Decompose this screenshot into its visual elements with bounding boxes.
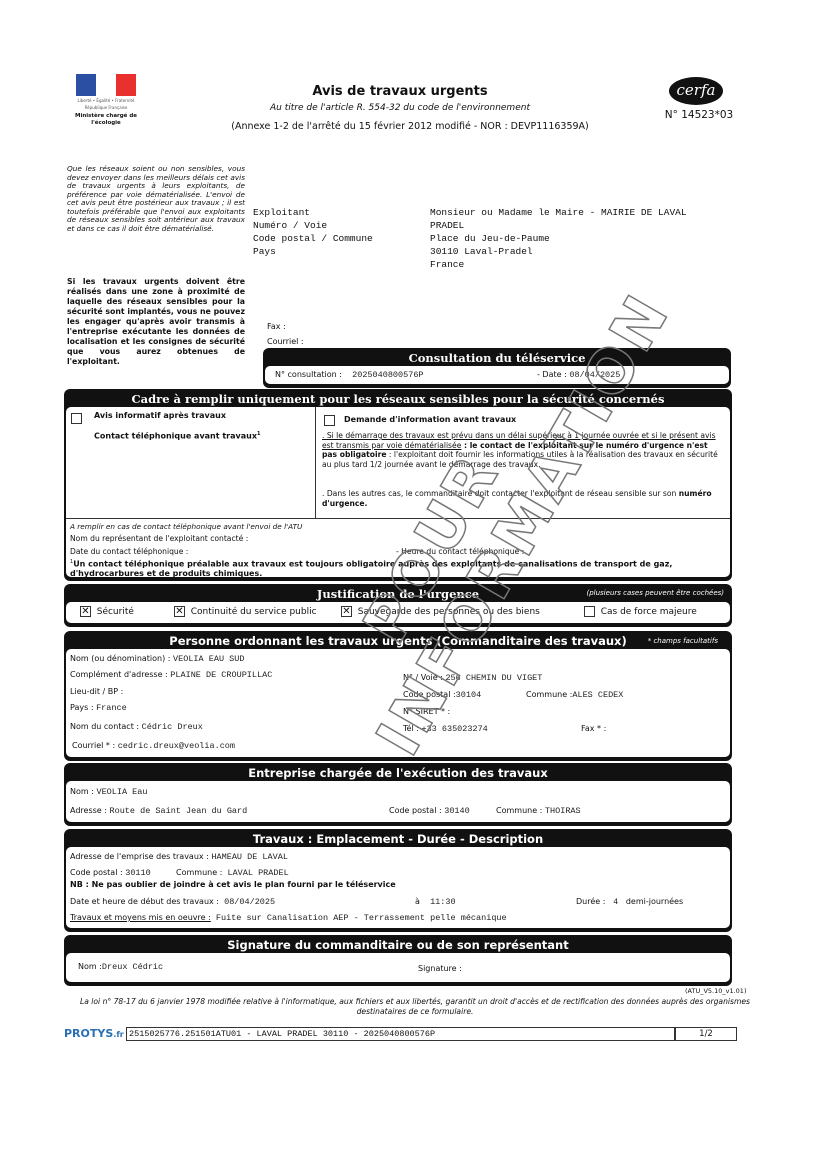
entreprise-cp-field: Code postal : 30140 [389, 806, 470, 816]
commanditaire-voie-field: N° / Voie : 256 CHEMIN DU VIGET [403, 673, 542, 683]
sauvegarde-checkbox[interactable]: ✕ [341, 606, 352, 617]
travaux-section: Travaux : Emplacement - Durée - Descript… [64, 829, 732, 932]
warning-note: Si les travaux urgents doivent être réal… [67, 277, 245, 367]
signature-nom-value: Dreux Cédric [102, 962, 163, 972]
pays-label: Pays : [70, 703, 94, 712]
signature-title: Signature du commanditaire ou de son rep… [66, 937, 730, 953]
sensitive-left-cell: Avis informatif après travaux Contact té… [66, 407, 316, 519]
entreprise-adresse-field: Adresse : Route de Saint Jean du Gard [70, 806, 247, 816]
commanditaire-hint: * champs facultatifs [648, 637, 718, 645]
travaux-duree-field: Durée : 4 demi-journées [576, 897, 683, 907]
pays-value: France [96, 703, 127, 713]
travaux-commune-value: LAVAL PRADEL [227, 868, 288, 878]
continuite-label: Continuité du service public [191, 607, 317, 617]
travaux-date-value: 08/04/2025 [224, 897, 275, 907]
entreprise-nom-label: Nom : [70, 787, 94, 796]
consultation-label: N° consultation : [275, 370, 342, 379]
sensitive-right-cell: Demande d'information avant travaux . Si… [316, 407, 730, 519]
operator-line2: PRADEL [430, 219, 464, 232]
cp-value: 30104 [456, 690, 482, 700]
commanditaire-complement-field: Complément d'adresse : PLAINE DE CROUPIL… [70, 670, 272, 680]
travaux-adresse-value: HAMEAU DE LAVAL [211, 852, 288, 862]
commanditaire-courriel-field: Courriel * : cedric.dreux@veolia.com [72, 741, 235, 751]
justification-section: Justification de l'urgence (plusieurs ca… [64, 584, 732, 627]
gov-motto: Liberté • Égalité • Fraternité [74, 98, 138, 103]
lieudit-label: Lieu-dit / BP : [70, 687, 123, 696]
operator-name: Monsieur ou Madame le Maire - MAIRIE DE … [430, 206, 687, 219]
voie-label: N° / Voie : [403, 673, 443, 682]
commanditaire-title: Personne ordonnant les travaux urgents (… [66, 633, 730, 649]
travaux-moyens-label: Travaux et moyens mis en oeuvre : [70, 913, 211, 922]
travaux-heure-value: 11:30 [430, 897, 456, 907]
teleservice-title: Consultation du téléservice [265, 350, 729, 366]
securite-checkbox[interactable]: ✕ [80, 606, 91, 617]
protys-fr: .fr [113, 1030, 123, 1039]
ministry-name: Ministère chargé de l'écologie [74, 113, 138, 127]
commanditaire-fax-field: Fax * : [581, 724, 606, 733]
signature-section: Signature du commanditaire ou de son rep… [64, 935, 732, 986]
travaux-date-label: Date et heure de début des travaux : [70, 897, 219, 906]
operator-city: 30110 Laval-Pradel [430, 245, 533, 258]
commanditaire-contact-field: Nom du contact : Cédric Dreux [70, 722, 203, 732]
entreprise-nom-value: VEOLIA Eau [96, 787, 147, 797]
fax-label: Fax * : [581, 724, 606, 733]
justification-option-securite[interactable]: ✕ Sécurité [80, 606, 134, 617]
operator-label-pays: Pays [253, 245, 276, 258]
nom-value: VEOLIA EAU SUD [173, 654, 244, 664]
travaux-heure-field: à 11:30 [415, 897, 456, 907]
justification-option-continuite[interactable]: ✕ Continuité du service public [174, 606, 317, 617]
demande-paragraph-1: . Si le démarrage des travaux est prévu … [322, 431, 722, 469]
entreprise-title: Entreprise chargée de l'exécution des tr… [66, 765, 730, 781]
travaux-cp-value: 30110 [125, 868, 151, 878]
courriel-label: Courriel * : [72, 741, 115, 750]
travaux-commune-field: Commune : LAVAL PRADEL [176, 868, 289, 878]
commune-label: Commune : [526, 690, 572, 699]
securite-label: Sécurité [97, 607, 134, 617]
entreprise-commune-field: Commune : THOIRAS [496, 806, 581, 816]
travaux-a-label: à [415, 897, 420, 906]
travaux-duree-label: Durée : [576, 897, 605, 906]
cerfa-number: N° 14523*03 [654, 109, 744, 121]
entreprise-adresse-label: Adresse : [70, 806, 107, 815]
tel-value: +33 635023274 [421, 724, 487, 734]
commanditaire-commune-field: Commune :ALES CEDEX [526, 690, 623, 700]
signature-field[interactable]: Signature : [418, 964, 462, 973]
travaux-duree-value: 4 [613, 897, 618, 907]
footnote-text: 1Un contact téléphonique préalable aux t… [70, 558, 722, 579]
commanditaire-lieudit-field: Lieu-dit / BP : [70, 687, 123, 696]
consultation-field: N° consultation : 2025040800576P [275, 370, 424, 380]
entreprise-cp-label: Code postal : [389, 806, 442, 815]
footnote-mark: 1 [257, 431, 260, 437]
operator-email-label: Courriel : [267, 337, 304, 346]
travaux-moyens-value: Fuite sur Canalisation AEP - Terrassemen… [216, 913, 507, 923]
force-majeure-checkbox[interactable] [584, 606, 595, 617]
representative-label: Nom du représentant de l'exploitant cont… [70, 534, 248, 543]
travaux-adresse-field: Adresse de l'emprise des travaux : HAMEA… [70, 852, 288, 862]
signature-nom-field: Nom :Dreux Cédric [78, 962, 163, 972]
commanditaire-cp-field: Code postal :30104 [403, 690, 481, 700]
demande-information-label: Demande d'information avant travaux [344, 415, 516, 424]
cerfa-logo: cerfa [669, 77, 723, 105]
privacy-law-notice: La loi n° 78-17 du 6 janvier 1978 modifi… [70, 997, 760, 1017]
commanditaire-section: Personne ordonnant les travaux urgents (… [64, 631, 732, 761]
contact-value: Cédric Dreux [142, 722, 203, 732]
contact-time-label: - Heure du contact téléphonique : [396, 547, 524, 556]
gov-republic: République Française [74, 105, 138, 110]
consultation-date-field: - Date : 08/04/2025 [537, 370, 620, 380]
force-majeure-label: Cas de force majeure [601, 607, 697, 617]
entreprise-adresse-value: Route de Saint Jean du Gard [110, 806, 248, 816]
sensitive-networks-section: Cadre à remplir uniquement pour les rése… [64, 389, 732, 581]
commanditaire-tel-field: Tél : +33 635023274 [403, 724, 488, 734]
travaux-title: Travaux : Emplacement - Durée - Descript… [66, 831, 730, 847]
justification-option-force-majeure[interactable]: Cas de force majeure [584, 606, 697, 617]
travaux-date-field: Date et heure de début des travaux : 08/… [70, 897, 275, 907]
contact-date-label: Date du contact téléphonique : [70, 547, 188, 556]
complement-value: PLAINE DE CROUPILLAC [170, 670, 272, 680]
commanditaire-pays-field: Pays : France [70, 703, 127, 713]
complement-label: Complément d'adresse : [70, 670, 168, 679]
info-note: Que les réseaux soient ou non sensibles,… [67, 165, 245, 233]
travaux-nb-note: NB : Ne pas oublier de joindre à cet avi… [70, 880, 396, 889]
operator-label-exploitant: Exploitant [253, 206, 310, 219]
travaux-duree-unit: demi-journées [626, 897, 683, 906]
courriel-value: cedric.dreux@veolia.com [118, 741, 235, 751]
justification-option-sauvegarde[interactable]: ✕ Sauvegarde des personnes ou des biens [341, 606, 540, 617]
protys-logo: PROTYS.fr [64, 1027, 124, 1040]
operator-fax-label: Fax : [267, 322, 286, 331]
avis-informatif-checkbox[interactable] [71, 413, 82, 424]
sauvegarde-label: Sauvegarde des personnes ou des biens [358, 607, 540, 617]
operator-country: France [430, 258, 464, 271]
consultation-date-value: 08/04/2025 [569, 370, 620, 380]
page-number: 1/2 [675, 1027, 737, 1041]
annex-reference: (Annexe 1-2 de l'arrêté du 15 février 20… [190, 121, 630, 132]
entreprise-commune-value: THOIRAS [545, 806, 581, 816]
page-title: Avis de travaux urgents [200, 84, 600, 99]
justification-hint: (plusieurs cases peuvent être cochées) [586, 589, 724, 597]
consultation-value: 2025040800576P [352, 370, 423, 380]
fill-note: A remplir en cas de contact téléphonique… [70, 522, 302, 531]
sensitive-networks-title: Cadre à remplir uniquement pour les rése… [66, 391, 730, 407]
tel-label: Tél : [403, 724, 419, 733]
demande-paragraph-2: . Dans les autres cas, le commanditaire … [322, 489, 722, 508]
protys-text: PROTYS [64, 1027, 113, 1040]
voie-value: 256 CHEMIN DU VIGET [445, 673, 542, 683]
entreprise-cp-value: 30140 [444, 806, 470, 816]
nom-label: Nom (ou dénomination) : [70, 654, 170, 663]
document-reference: 2515025776.251501ATU01 - LAVAL PRADEL 30… [126, 1027, 675, 1041]
avis-informatif-label: Avis informatif après travaux [94, 411, 226, 420]
page-subtitle: Au titre de l'article R. 554-32 du code … [200, 103, 600, 113]
teleservice-section: Consultation du téléservice N° consultat… [263, 348, 731, 388]
entreprise-section: Entreprise chargée de l'exécution des tr… [64, 763, 732, 826]
operator-label-voie: Numéro / Voie [253, 219, 327, 232]
siret-label: N° SIRET * : [403, 707, 450, 716]
travaux-cp-label: Code postal : [70, 868, 123, 877]
para2-text: . Dans les autres cas, le commanditaire … [322, 489, 679, 498]
signature-label: Signature : [418, 964, 462, 973]
french-flag-icon [76, 74, 136, 96]
entreprise-commune-label: Commune : [496, 806, 542, 815]
commanditaire-nom-field: Nom (ou dénomination) : VEOLIA EAU SUD [70, 654, 244, 664]
contact-label: Nom du contact : [70, 722, 139, 731]
operator-label-cp: Code postal / Commune [253, 232, 373, 245]
entreprise-nom-field: Nom : VEOLIA Eau [70, 787, 147, 797]
continuite-checkbox[interactable]: ✕ [174, 606, 185, 617]
form-version: (ATU_V5.10_v1.01) [685, 987, 746, 995]
gov-logo: Liberté • Égalité • Fraternité Républiqu… [74, 74, 138, 127]
travaux-cp-field: Code postal : 30110 [70, 868, 151, 878]
commune-value: ALES CEDEX [572, 690, 623, 700]
travaux-moyens-field: Travaux et moyens mis en oeuvre : Fuite … [70, 913, 507, 923]
contact-avant-label: Contact téléphonique avant travaux1 [94, 431, 260, 441]
signature-nom-label: Nom : [78, 962, 102, 971]
cp-label: Code postal : [403, 690, 456, 699]
travaux-commune-label: Commune : [176, 868, 222, 877]
consultation-date-label: - Date : [537, 370, 567, 379]
demande-information-checkbox[interactable] [324, 415, 335, 426]
contact-avant-text: Contact téléphonique avant travaux [94, 432, 257, 441]
travaux-adresse-label: Adresse de l'emprise des travaux : [70, 852, 209, 861]
commanditaire-siret-field: N° SIRET * : [403, 707, 450, 716]
footnote-content: Un contact téléphonique préalable aux tr… [70, 560, 672, 579]
operator-street: Place du Jeu-de-Paume [430, 232, 550, 245]
